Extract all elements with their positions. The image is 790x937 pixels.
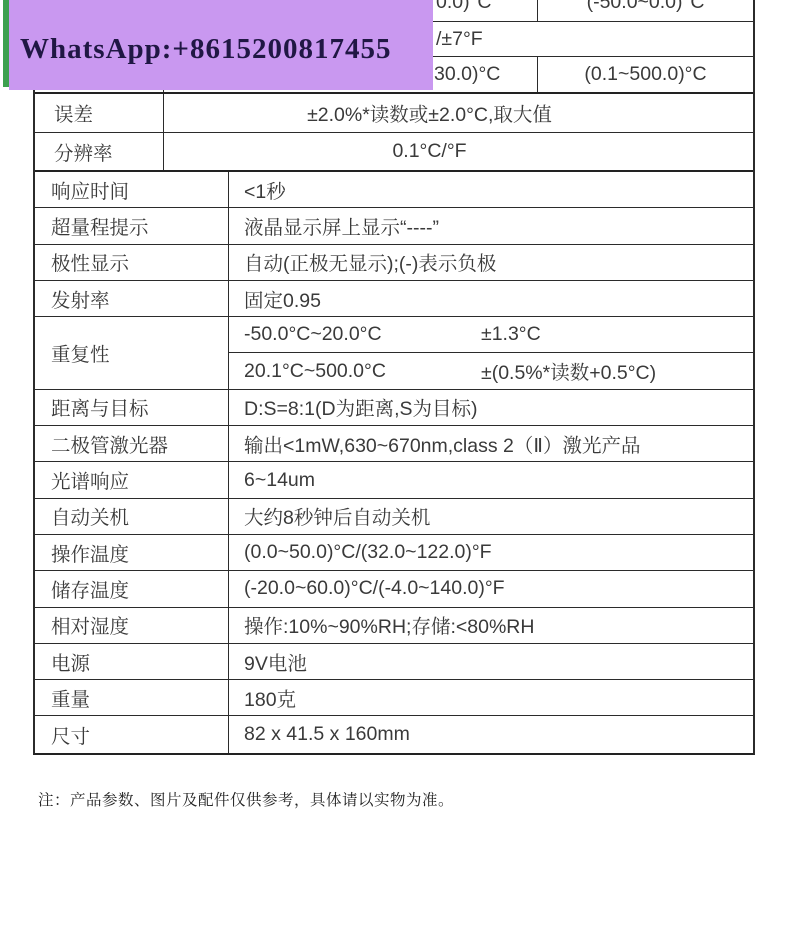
spec-label: 储存温度: [35, 571, 229, 606]
spec-row: 发射率固定0.95: [35, 281, 753, 317]
spec-value: (-20.0~60.0)°C/(-4.0~140.0)°F: [229, 571, 753, 606]
spec-value-group: -50.0°C~20.0°C±1.3°C20.1°C~500.0°C±(0.5%…: [229, 317, 753, 389]
spec-value: 大约8秒钟后自动关机: [229, 499, 753, 534]
main-spec-rows: 响应时间<1秒超量程提示液晶显示屏上显示“----”极性显示自动(正极无显示);…: [35, 172, 753, 753]
spec-label: 响应时间: [35, 172, 229, 207]
spec-label: 重复性: [35, 317, 229, 389]
spec-row: 重复性-50.0°C~20.0°C±1.3°C20.1°C~500.0°C±(0…: [35, 317, 753, 390]
spec-label: 光谱响应: [35, 462, 229, 497]
spec-tolerance: ±(0.5%*读数+0.5°C): [481, 357, 656, 385]
spec-row: 误差±2.0%*读数或±2.0°C,取大值: [35, 94, 753, 133]
spec-row: 极性显示自动(正极无显示);(-)表示负极: [35, 245, 753, 281]
spec-label: 操作温度: [35, 535, 229, 570]
spec-value: D:S=8:1(D为距离,S为目标): [229, 390, 753, 425]
spec-value: 6~14um: [229, 462, 753, 497]
spec-row: 分辨率0.1°C/°F: [35, 133, 753, 172]
spec-label: 自动关机: [35, 499, 229, 534]
spec-value: 输出<1mW,630~670nm,class 2（Ⅱ）激光产品: [229, 426, 753, 461]
spec-row: 重量180克: [35, 680, 753, 716]
upper-spec-rows: 误差±2.0%*读数或±2.0°C,取大值分辨率0.1°C/°F: [35, 94, 753, 172]
spec-label: 误差: [35, 94, 164, 132]
spec-value: 0.1°C/°F: [164, 133, 753, 170]
spec-value: <1秒: [229, 172, 753, 207]
spec-label: 发射率: [35, 281, 229, 316]
spec-row: 距离与目标D:S=8:1(D为距离,S为目标): [35, 390, 753, 426]
spec-tolerance: ±1.3°C: [481, 323, 541, 346]
spec-table: 0.0)°C (-50.0~0.0)°C /±7°F 30.0)°C (0.1~…: [33, 0, 755, 755]
spec-row: 响应时间<1秒: [35, 172, 753, 208]
spec-row: 储存温度(-20.0~60.0)°C/(-4.0~140.0)°F: [35, 571, 753, 607]
spec-subrow: -50.0°C~20.0°C±1.3°C: [229, 317, 753, 353]
spec-value: 液晶显示屏上显示“----”: [229, 208, 753, 243]
spec-label: 超量程提示: [35, 208, 229, 243]
spec-label: 重量: [35, 680, 229, 715]
spec-label: 距离与目标: [35, 390, 229, 425]
spec-row: 相对湿度操作:10%~90%RH;存储:<80%RH: [35, 608, 753, 644]
spec-value: 固定0.95: [229, 281, 753, 316]
spec-value: 自动(正极无显示);(-)表示负极: [229, 245, 753, 280]
spec-row: 自动关机大约8秒钟后自动关机: [35, 499, 753, 535]
spec-range: -50.0°C~20.0°C: [244, 323, 481, 346]
spec-value: 180克: [229, 680, 753, 715]
spec-value: 9V电池: [229, 644, 753, 679]
spec-row: 光谱响应6~14um: [35, 462, 753, 498]
spec-label: 电源: [35, 644, 229, 679]
spec-value: 操作:10%~90%RH;存储:<80%RH: [229, 608, 753, 643]
spec-value: (0.0~50.0)°C/(32.0~122.0)°F: [229, 535, 753, 570]
spec-label: 分辨率: [35, 133, 164, 170]
product-spec-page: 0.0)°C (-50.0~0.0)°C /±7°F 30.0)°C (0.1~…: [0, 0, 790, 937]
spec-row: 操作温度(0.0~50.0)°C/(32.0~122.0)°F: [35, 535, 753, 571]
spec-value: ±2.0%*读数或±2.0°C,取大值: [164, 94, 753, 132]
spec-row: 二极管激光器输出<1mW,630~670nm,class 2（Ⅱ）激光产品: [35, 426, 753, 462]
spec-value: (0.1~500.0)°C: [538, 57, 753, 92]
spec-row: 尺寸82 x 41.5 x 160mm: [35, 716, 753, 752]
spec-subrow: 20.1°C~500.0°C±(0.5%*读数+0.5°C): [229, 353, 753, 388]
spec-label: 尺寸: [35, 716, 229, 752]
footer-note: 注：产品参数、图片及配件仅供参考，具体请以实物为准。: [38, 788, 454, 810]
spec-row: 超量程提示液晶显示屏上显示“----”: [35, 208, 753, 244]
spec-label: 二极管激光器: [35, 426, 229, 461]
watermark: WhatsApp:+8615200817455: [9, 0, 433, 90]
watermark-text: WhatsApp:+8615200817455: [20, 33, 391, 66]
spec-label: 极性显示: [35, 245, 229, 280]
spec-label: 相对湿度: [35, 608, 229, 643]
spec-value: 82 x 41.5 x 160mm: [229, 716, 753, 752]
spec-range: 20.1°C~500.0°C: [244, 360, 481, 383]
spec-row: 电源9V电池: [35, 644, 753, 680]
spec-value: (-50.0~0.0)°C: [538, 0, 753, 21]
